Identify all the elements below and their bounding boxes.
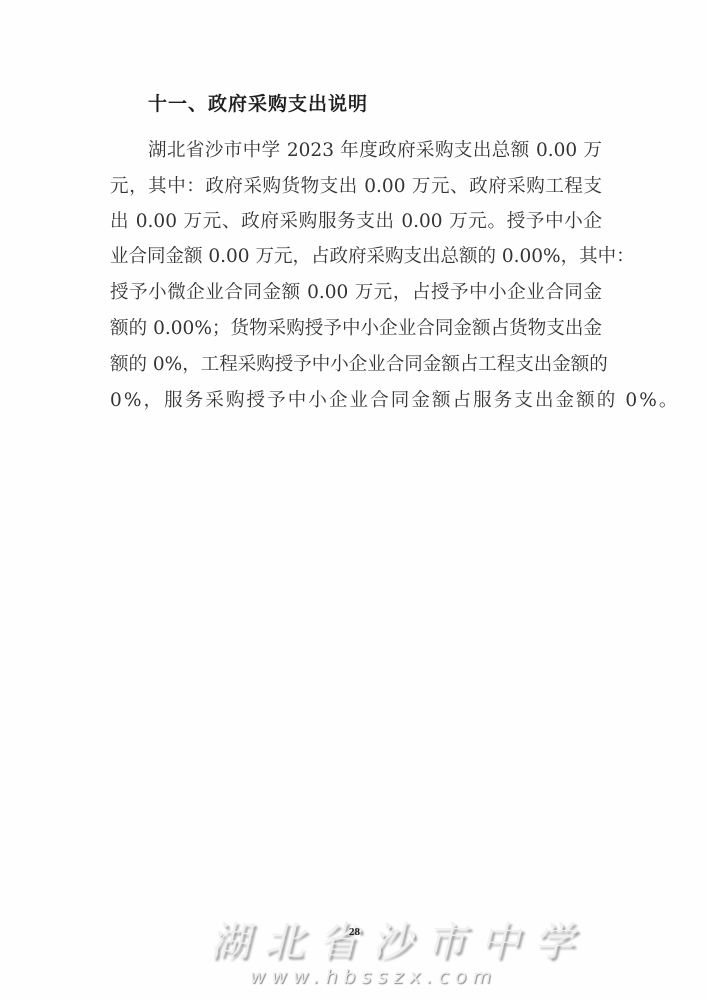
page-number: 28: [349, 926, 360, 938]
document-page: 十一、政府采购支出说明 湖北省沙市中学 2023 年度政府采购支出总额 0.00…: [0, 0, 707, 1000]
paragraph-line-1: 湖北省沙市中学 2023 年度政府采购支出总额 0.00 万: [148, 140, 602, 162]
site-watermark: 湖北省沙市中学 www.hbsszx.com: [200, 910, 510, 990]
paragraph-line-7: 额的 0%，工程采购授予中小企业合同金额占工程支出金额的: [110, 354, 602, 376]
paragraph-line-3: 出 0.00 万元、政府采购服务支出 0.00 万元。授予中小企: [110, 211, 602, 233]
paragraph-line-2: 元，其中：政府采购货物支出 0.00 万元、政府采购工程支: [110, 176, 602, 198]
paragraph-line-5: 授予小微企业合同金额 0.00 万元，占授予中小企业合同金: [110, 282, 602, 304]
paragraph-line-4: 业合同金额 0.00 万元，占政府采购支出总额的 0.00%，其中：: [110, 246, 602, 268]
watermark-school-name: 湖北省沙市中学: [210, 910, 588, 967]
watermark-url: www.hbsszx.com: [250, 966, 497, 988]
section-heading: 十一、政府采购支出说明: [148, 89, 368, 116]
paragraph-line-8: 0%，服务采购授予中小企业合同金额占服务支出金额的 0%。: [110, 390, 602, 412]
paragraph-line-6: 额的 0.00%；货物采购授予中小企业合同金额占货物支出金: [110, 318, 602, 340]
